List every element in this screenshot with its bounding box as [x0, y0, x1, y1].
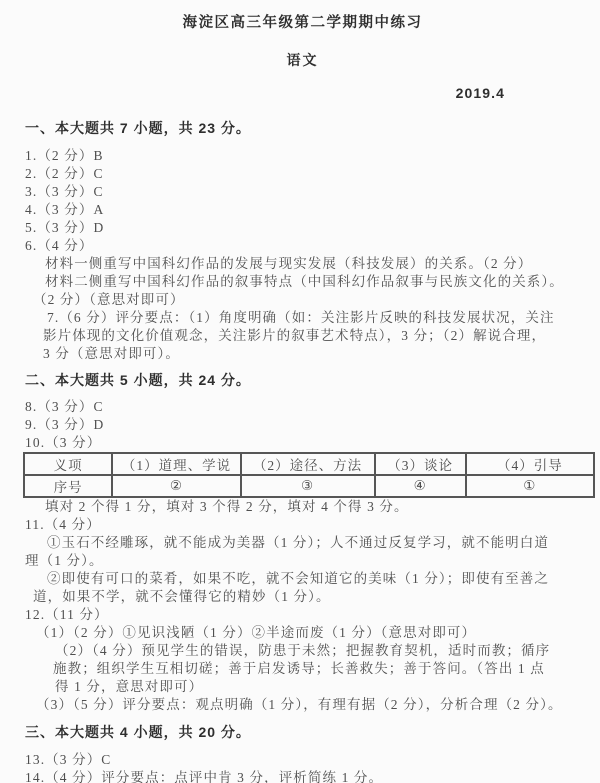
- answer-q1: 1.（2 分）B: [25, 147, 580, 165]
- table-cell: （2）途径、方法: [241, 453, 375, 475]
- answer-q6-line: 材料二侧重写中国科幻作品的叙事特点（中国科幻作品叙事与民族文化的关系）。: [45, 273, 580, 291]
- section-3-heading: 三、本大题共 4 小题，共 20 分。: [25, 723, 580, 741]
- answer-q9: 9.（3 分）D: [25, 416, 580, 434]
- answer-table: 义项 （1）道理、学说 （2）途径、方法 （3）谈论 （4）引导 序号 ② ③ …: [23, 452, 595, 498]
- answer-q6-line: （2 分）（意思对即可）: [33, 291, 580, 309]
- answer-q11-line: 道，如果不学，就不会懂得它的精妙（1 分）。: [33, 588, 580, 606]
- table-cell: ②: [112, 475, 240, 497]
- answer-q14: 14.（4 分）评分要点：点评中肯 3 分，评析简练 1 分。: [25, 769, 580, 783]
- answer-q6-line: 材料一侧重写中国科幻作品的发展与现实发展（科技发展）的关系。（2 分）: [45, 255, 580, 273]
- exam-date: 2019.4: [25, 84, 580, 102]
- document-page: 海淀区高三年级第二学期期中练习 语文 2019.4 一、本大题共 7 小题，共 …: [0, 0, 600, 783]
- answer-q5: 5.（3 分）D: [25, 219, 580, 237]
- answer-q10-head: 10.（3 分）: [25, 434, 580, 452]
- section-1-heading: 一、本大题共 7 小题，共 23 分。: [25, 119, 580, 137]
- answer-q2: 2.（2 分）C: [25, 165, 580, 183]
- table-cell: 序号: [24, 475, 112, 497]
- answer-q8: 8.（3 分）C: [25, 398, 580, 416]
- answer-q10-note: 填对 2 个得 1 分，填对 3 个得 2 分，填对 4 个得 3 分。: [45, 498, 580, 516]
- answer-q12-line: （1）（2 分）①见识浅陋（1 分）②半途而废（1 分）（意思对即可）: [36, 624, 580, 642]
- table-cell: （4）引导: [466, 453, 594, 475]
- table-value-row: 序号 ② ③ ④ ①: [24, 475, 594, 497]
- exam-title: 海淀区高三年级第二学期期中练习: [25, 14, 580, 32]
- answer-q3: 3.（3 分）C: [25, 183, 580, 201]
- answer-q11-head: 11.（4 分）: [25, 516, 580, 534]
- answer-q6-head: 6.（4 分）: [25, 237, 580, 255]
- answer-q12-head: 12.（11 分）: [25, 606, 580, 624]
- answer-q4: 4.（3 分）A: [25, 201, 580, 219]
- table-cell: （3）谈论: [375, 453, 466, 475]
- section-2-heading: 二、本大题共 5 小题，共 24 分。: [25, 371, 580, 389]
- answer-q12-line: （3）（5 分）评分要点：观点明确（1 分），有理有据（2 分），分析合理（2 …: [36, 696, 580, 714]
- table-cell: ③: [241, 475, 375, 497]
- table-cell: ④: [375, 475, 466, 497]
- answer-q11-line: ①玉石不经雕琢，就不能成为美器（1 分）；人不通过反复学习，就不能明白道: [47, 534, 580, 552]
- table-header-row: 义项 （1）道理、学说 （2）途径、方法 （3）谈论 （4）引导: [24, 453, 594, 475]
- subject-title: 语文: [25, 51, 580, 69]
- answer-q12-line: 施教；组织学生互相切磋；善于启发诱导；长善救失；善于答问。（答出 1 点: [53, 660, 580, 678]
- answer-q12-line: （2）（4 分）预见学生的错误，防患于未然；把握教育契机，适时而教；循序: [55, 642, 580, 660]
- table-cell: （1）道理、学说: [112, 453, 240, 475]
- answer-q7-line: 影片体现的文化价值观念，关注影片的叙事艺术特点），3 分；（2）解说合理，: [43, 327, 580, 345]
- table-cell: ①: [466, 475, 594, 497]
- answer-q12-line: 得 1 分，意思对即可）: [55, 678, 580, 696]
- answer-q11-line: 理（1 分）。: [25, 552, 580, 570]
- answer-q7-line: 7.（6 分）评分要点：（1）角度明确（如：关注影片反映的科技发展状况，关注: [47, 309, 580, 327]
- answer-q11-line: ②即使有可口的菜肴，如果不吃，就不会知道它的美味（1 分）；即使有至善之: [47, 570, 580, 588]
- answer-q13: 13.（3 分）C: [25, 751, 580, 769]
- answer-q7-line: 3 分（意思对即可）。: [43, 345, 580, 363]
- table-cell: 义项: [24, 453, 112, 475]
